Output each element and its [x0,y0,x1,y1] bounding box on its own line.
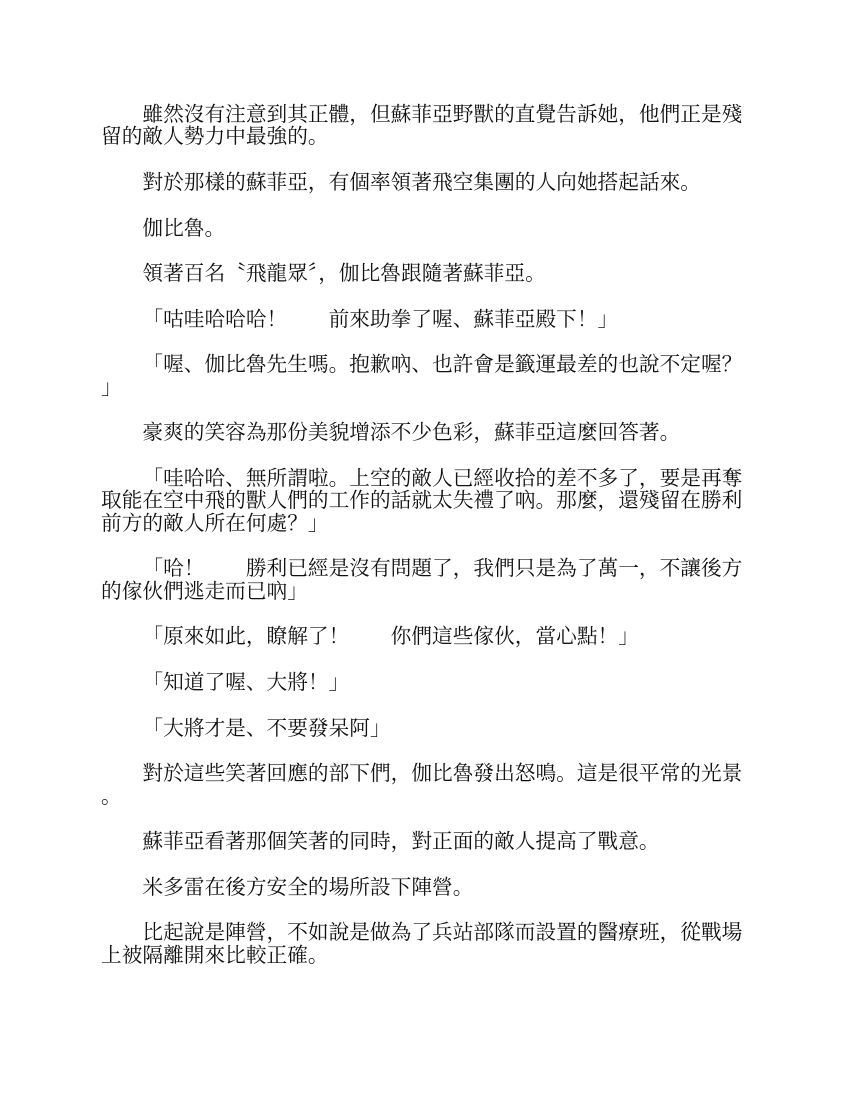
paragraph: 蘇菲亞看著那個笑著的同時，對正面的敵人提高了戰意。 [101,830,747,852]
paragraph: 米多雷在後方安全的場所設下陣營。 [101,876,747,898]
dialogue-paragraph: 「喔、伽比魯先生嗎。抱歉吶、也許會是籤運最差的也說不定喔？」 [101,353,747,398]
paragraph: 領著百名〝飛龍眾〞，伽比魯跟隨著蘇菲亞。 [101,262,747,284]
dialogue-paragraph: 「原來如此，瞭解了！ 你們這些傢伙，當心點！」 [101,625,747,647]
dialogue-paragraph: 「大將才是、不要發呆阿」 [101,717,747,739]
paragraph: 對於那樣的蘇菲亞，有個率領著飛空集團的人向她搭起話來。 [101,171,747,193]
paragraph: 伽比魯。 [101,217,747,239]
paragraph: 對於這些笑著回應的部下們，伽比魯發出怒鳴。這是很平常的光景。 [101,762,747,807]
paragraph: 豪爽的笑容為那份美貌增添不少色彩，蘇菲亞這麼回答著。 [101,421,747,443]
dialogue-paragraph: 「咕哇哈哈哈！ 前來助拳了喔、蘇菲亞殿下！」 [101,308,747,330]
dialogue-paragraph: 「知道了喔、大將！」 [101,671,747,693]
paragraph: 雖然沒有注意到其正體，但蘇菲亞野獸的直覺告訴她，他們正是殘留的敵人勢力中最強的。 [101,103,747,148]
dialogue-paragraph: 「哈！ 勝利已經是沒有問題了，我們只是為了萬一，不讓後方的傢伙們逃走而已吶」 [101,557,747,602]
document-page: 雖然沒有注意到其正體，但蘇菲亞野獸的直覺告訴她，他們正是殘留的敵人勢力中最強的。… [101,103,747,989]
dialogue-paragraph: 「哇哈哈、無所謂啦。上空的敵人已經收拾的差不多了，要是再奪取能在空中飛的獸人們的… [101,467,747,534]
paragraph: 比起說是陣營，不如說是做為了兵站部隊而設置的醫療班，從戰場上被隔離開來比較正確。 [101,921,747,966]
